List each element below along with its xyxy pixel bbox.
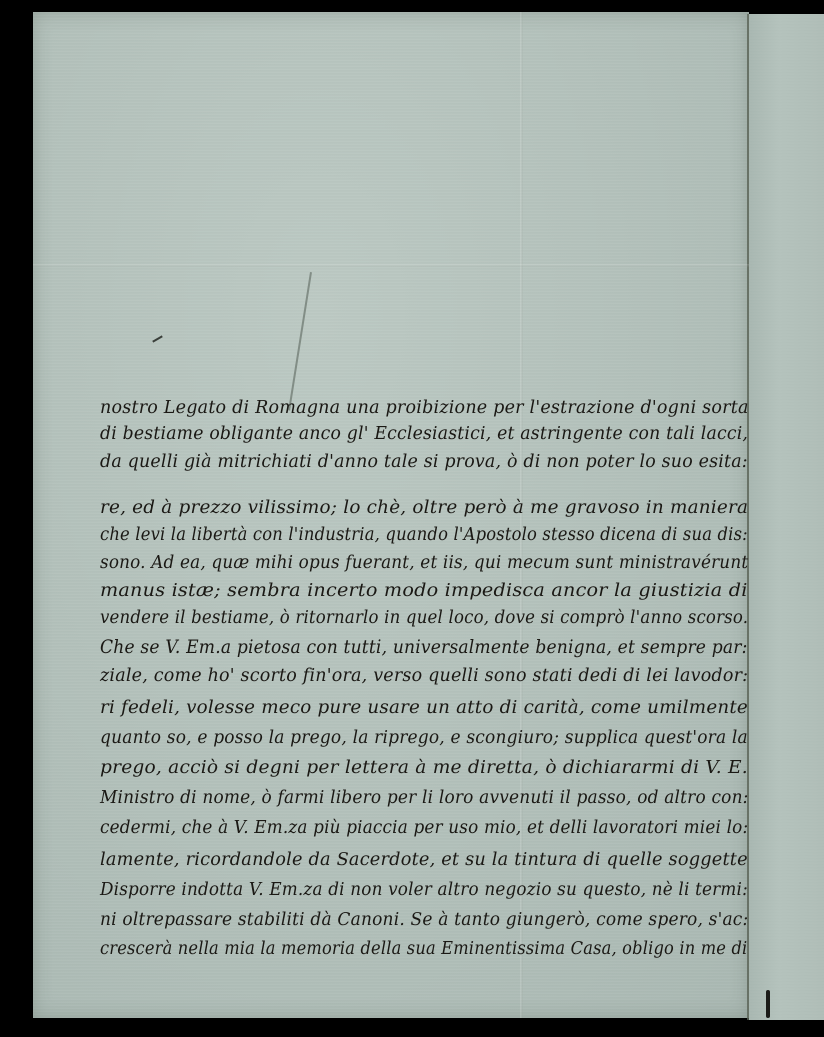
adjacent-page-edge xyxy=(749,14,824,1020)
text-line-15: cedermi, che à V. Em.za più piaccia per … xyxy=(100,818,748,838)
text-line-6: sono. Ad ea, quæ mihi opus fuerant, et i… xyxy=(100,553,748,573)
text-line-17: Disporre indotta V. Em.za di non voler a… xyxy=(100,880,748,900)
text-line-14: Ministro di nome, ò farmi libero per li … xyxy=(100,788,749,808)
text-line-12: quanto so, e posso la prego, la riprego,… xyxy=(100,728,748,748)
text-line-1: nostro Legato di Romagna una proibizione… xyxy=(100,398,749,418)
text-line-13: prego, acciò si degni per lettera à me d… xyxy=(100,758,748,778)
ink-blot xyxy=(766,990,770,1018)
text-line-4: re, ed à prezzo vilissimo; lo chè, oltre… xyxy=(100,498,748,518)
text-line-10: ziale, come ho' scorto fin'ora, verso qu… xyxy=(100,666,748,686)
text-line-9: Che se V. Em.a pietosa con tutti, univer… xyxy=(100,636,748,658)
text-line-3: da quelli già mitrichiati d'anno tale si… xyxy=(100,452,748,472)
text-line-7: manus istæ; sembra incerto modo impedisc… xyxy=(100,581,748,601)
text-line-18: ni oltrepassare stabiliti dà Canoni. Se … xyxy=(100,910,748,930)
horizontal-fold-crease xyxy=(33,264,749,267)
text-line-8: vendere il bestiame, ò ritornarlo in que… xyxy=(100,608,748,628)
text-line-5: che levi la libertà con l'industria, qua… xyxy=(100,525,748,545)
text-line-16: lamente, ricordandole da Sacerdote, et s… xyxy=(100,850,748,870)
text-line-11: ri fedeli, volesse meco pure usare un at… xyxy=(100,698,748,718)
text-line-19: crescerà nella mia la memoria della sua … xyxy=(100,939,747,959)
text-line-2: di bestiame obligante anco gl' Ecclesias… xyxy=(100,424,748,444)
